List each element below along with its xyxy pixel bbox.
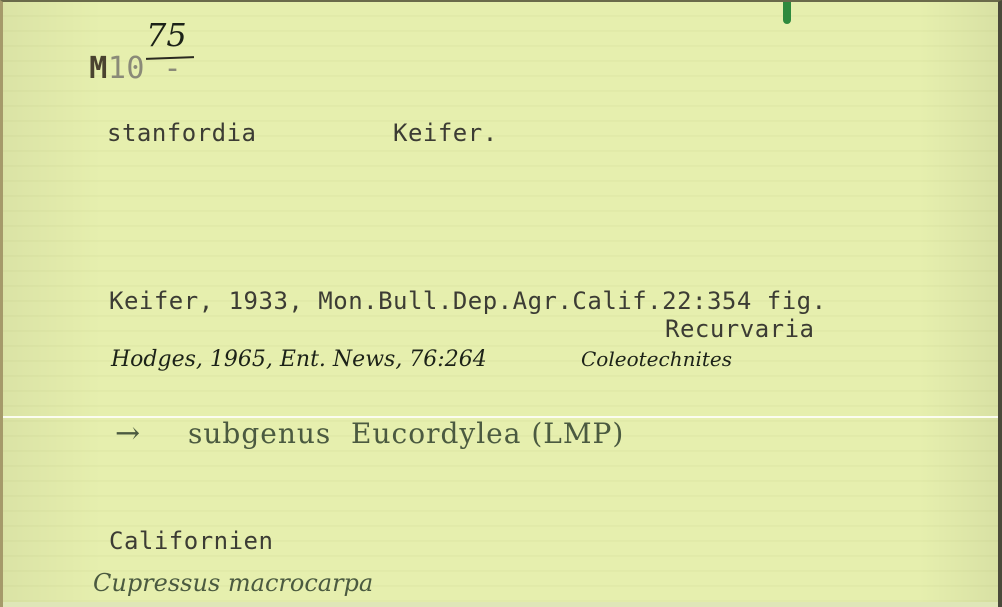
locality: Californien [109,527,273,555]
subgenus-arrow: → [115,416,140,451]
index-card: M10 - 75 stanfordia Keifer. Keifer, 1933… [0,0,1002,607]
catalog-series: 10 [108,51,145,86]
catalog-prefix: M [89,51,108,86]
green-tab-marker [783,2,791,24]
species-name: stanfordia [107,119,257,147]
subgenus-note: subgenus Eucordylea (LMP) [188,417,624,450]
card-bottom-edge [3,602,998,607]
host-plant: Cupressus macrocarpa [93,569,373,597]
handwritten-genus: Coleotechnites [581,347,732,371]
reference-line: Keifer, 1933, Mon.Bull.Dep.Agr.Calif.22:… [109,287,827,315]
handwritten-reference: Hodges, 1965, Ent. News, 76:264 [111,347,487,372]
species-author: Keifer. [393,119,498,147]
handwritten-catalog-number: 75 [146,16,187,54]
original-genus: Recurvaria [665,315,815,343]
